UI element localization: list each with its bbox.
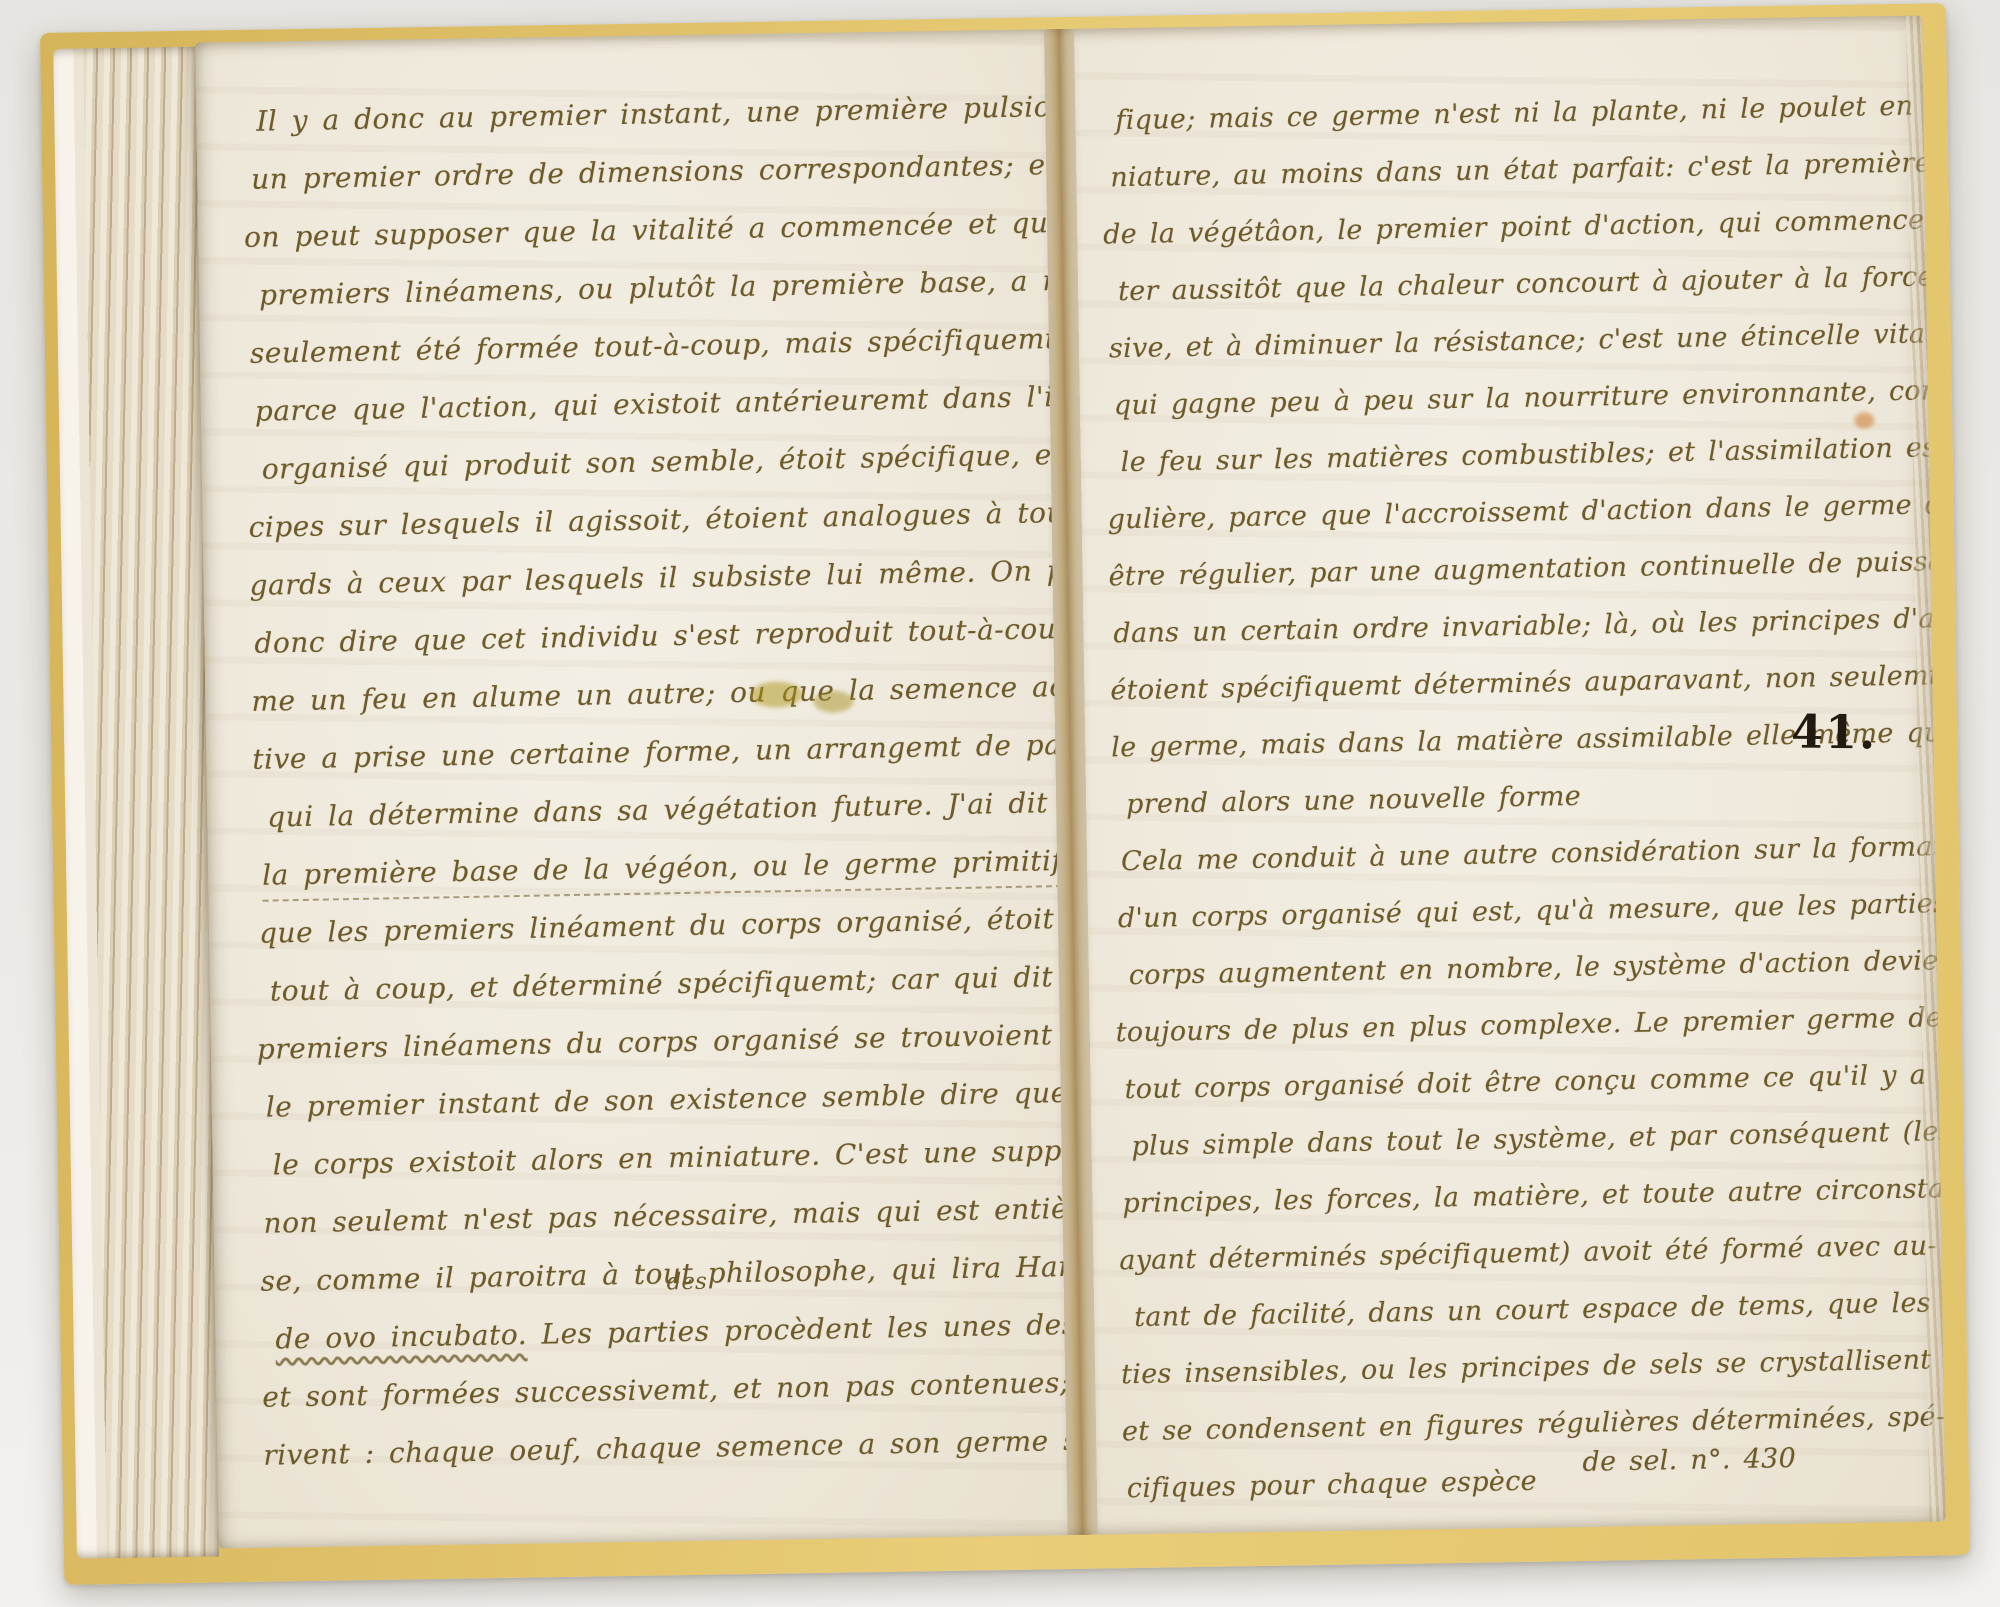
page-fore-edges <box>53 47 219 1559</box>
page-number: 41. <box>1791 705 1878 760</box>
interlinear-insertion: des <box>666 1269 707 1296</box>
left-page-text: Il y a donc au premier instant, une prem… <box>195 29 1067 1548</box>
open-pages: Il y a donc au premier instant, une prem… <box>195 16 1945 1549</box>
underlined-phrase: de ovo incubato. <box>275 1318 527 1356</box>
left-page: Il y a donc au premier instant, une prem… <box>195 29 1067 1548</box>
right-page: fique; mais ce germe n'est ni la plante,… <box>1073 16 1945 1535</box>
margin-note: de sel. n°. 430 <box>1582 1443 1796 1478</box>
right-page-text: fique; mais ce germe n'est ni la plante,… <box>1073 16 1945 1535</box>
manuscript-book: Il y a donc au premier instant, une prem… <box>40 3 1970 1585</box>
photo-background: Il y a donc au premier instant, une prem… <box>0 0 2000 1607</box>
